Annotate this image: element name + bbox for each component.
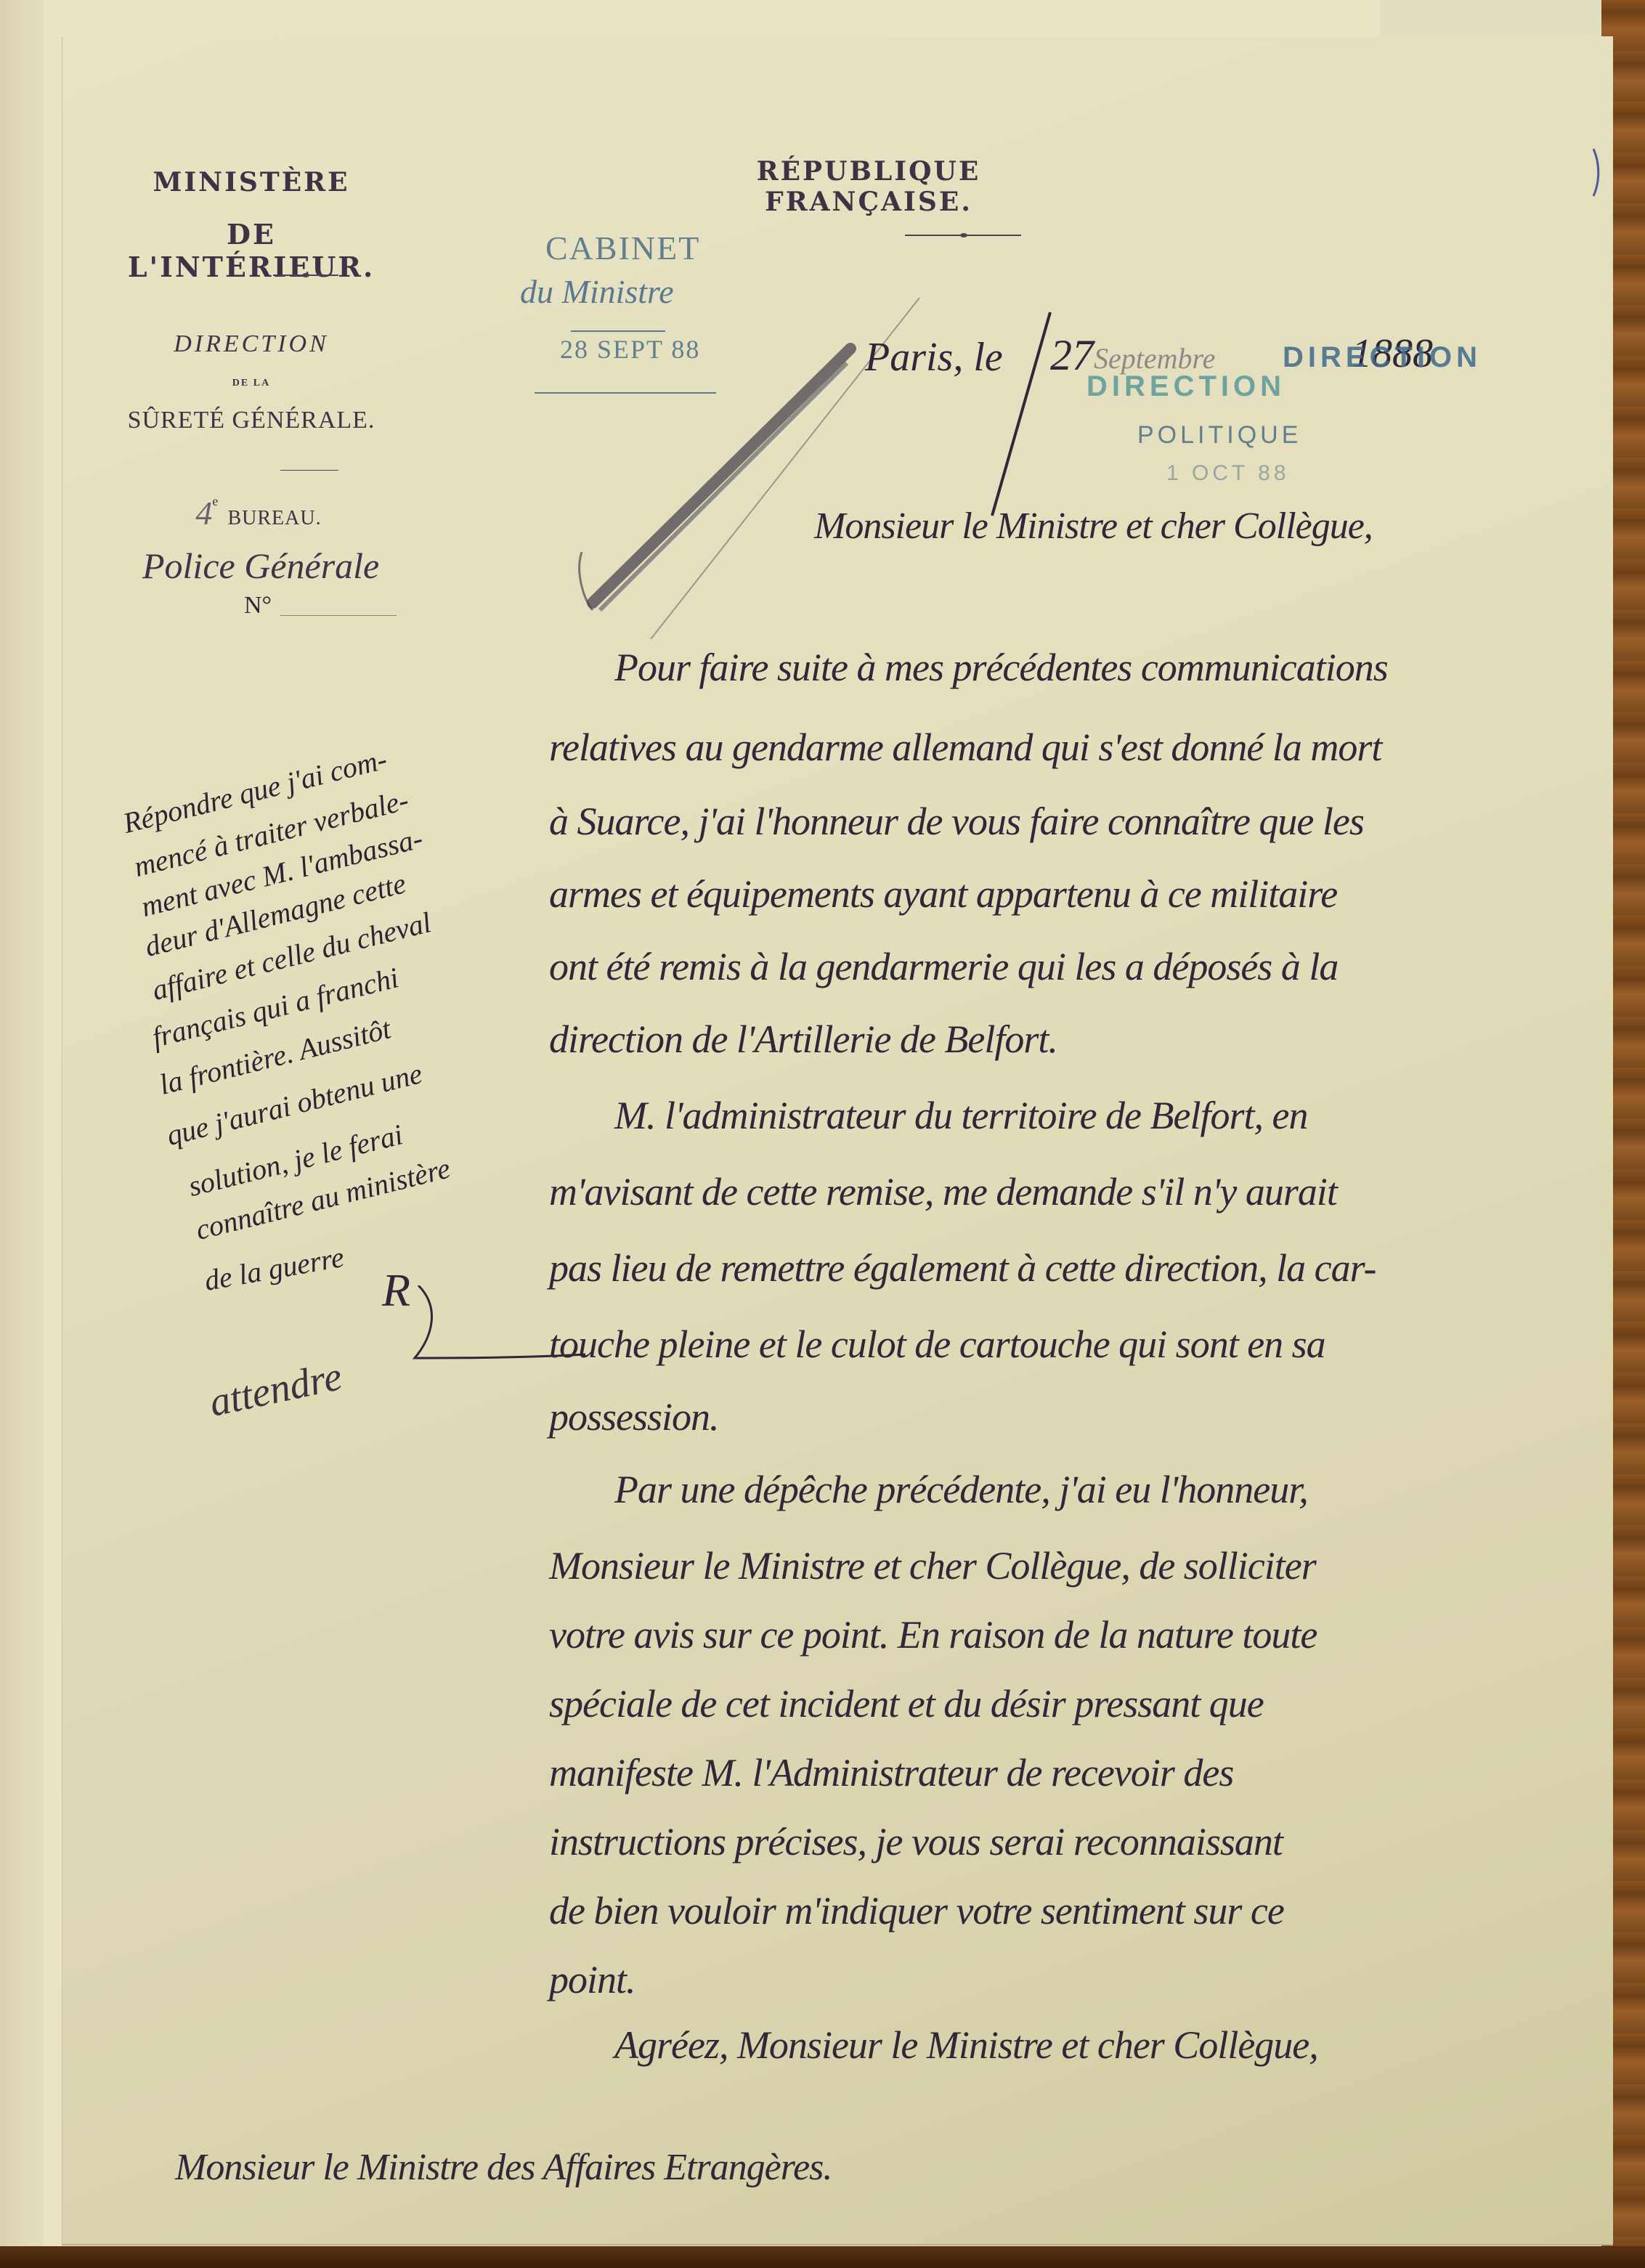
direction-stamp-date: 1 OCT 88 bbox=[1166, 461, 1290, 486]
republic-header: RÉPUBLIQUE FRANÇAISE. bbox=[702, 156, 1036, 217]
body-line: armes et équipements ayant appartenu à c… bbox=[549, 871, 1337, 916]
body-line: point. bbox=[549, 1957, 635, 2002]
body-line: touche pleine et le culot de cartouche q… bbox=[549, 1322, 1325, 1367]
closing-line: Agréez, Monsieur le Ministre et cher Col… bbox=[614, 2023, 1318, 2068]
margin-initial-flourish bbox=[411, 1285, 600, 1373]
body-line: manifeste M. l'Administrateur de recevoi… bbox=[549, 1750, 1233, 1795]
body-line: direction de l'Artillerie de Belfort. bbox=[549, 1017, 1057, 1062]
body-line: spéciale de cet incident et du désir pre… bbox=[549, 1681, 1264, 1726]
salutation: Monsieur le Ministre et cher Collègue, bbox=[814, 505, 1373, 548]
direction-stamp-line2: POLITIQUE bbox=[1137, 421, 1301, 450]
bureau-suffix: e bbox=[212, 494, 218, 508]
bureau-number-handwritten: 4 bbox=[195, 495, 212, 532]
letter-page: MINISTÈRE DE L'INTÉRIEUR. DIRECTION DE L… bbox=[62, 36, 1613, 2245]
body-line: pas lieu de remettre également à cette d… bbox=[549, 1245, 1376, 1291]
direction-stamp-line1: DIRECTION bbox=[1283, 341, 1482, 374]
margin-annotation: Répondre que j'ai com- mencé à traiter v… bbox=[128, 733, 578, 1314]
number-label: N° bbox=[244, 592, 272, 619]
direction-label: DIRECTION bbox=[128, 330, 375, 358]
body-line: de bien vouloir m'indiquer votre sentime… bbox=[549, 1888, 1284, 1933]
bureau-label: BUREAU. bbox=[227, 507, 321, 529]
police-generale-handwritten: Police Générale bbox=[142, 545, 379, 587]
wooden-table-bottom bbox=[0, 2246, 1645, 2268]
body-line: Pour faire suite à mes précédentes commu… bbox=[614, 645, 1388, 690]
ministry-line-1: MINISTÈRE bbox=[128, 167, 375, 198]
number-rule bbox=[280, 615, 397, 616]
body-line: m'avisant de cette remise, me demande s'… bbox=[549, 1169, 1337, 1214]
blue-pencil-mark bbox=[1591, 145, 1606, 203]
margin-signature: attendre bbox=[206, 1353, 346, 1426]
surete-generale-label: SÛRETÉ GÉNÉRALE. bbox=[113, 407, 389, 434]
body-line: ont été remis à la gendarmerie qui les a… bbox=[549, 944, 1338, 989]
body-line: possession. bbox=[549, 1394, 719, 1439]
republic-ornament bbox=[905, 235, 1021, 236]
de-la-label: DE LA bbox=[128, 378, 375, 389]
ornament-divider bbox=[273, 275, 338, 276]
body-line: M. l'administrateur du territoire de Bel… bbox=[614, 1093, 1307, 1138]
dateline-long-stroke bbox=[978, 305, 1065, 523]
bureau-line: 4e BUREAU. bbox=[150, 494, 367, 532]
ministry-line-2: DE L'INTÉRIEUR. bbox=[99, 218, 404, 283]
cabinet-stamp-title: CABINET bbox=[545, 229, 792, 267]
margin-annotation-line: de la guerre bbox=[202, 1240, 346, 1298]
body-line: Par une dépêche précédente, j'ai eu l'ho… bbox=[614, 1467, 1308, 1512]
body-line: à Suarce, j'ai l'honneur de vous faire c… bbox=[549, 799, 1364, 844]
body-line: relatives au gendarme allemand qui s'est… bbox=[549, 725, 1381, 770]
body-line: Monsieur le Ministre et cher Collègue, d… bbox=[549, 1543, 1316, 1588]
small-divider bbox=[280, 470, 338, 471]
addressee: Monsieur le Ministre des Affaires Etrang… bbox=[175, 2146, 832, 2189]
body-line: instructions précises, je vous serai rec… bbox=[549, 1819, 1283, 1864]
margin-initial: R bbox=[382, 1264, 410, 1317]
direction-stamp-line1-duplicate: DIRECTION bbox=[1086, 370, 1285, 403]
body-line: votre avis sur ce point. En raison de la… bbox=[549, 1612, 1317, 1657]
